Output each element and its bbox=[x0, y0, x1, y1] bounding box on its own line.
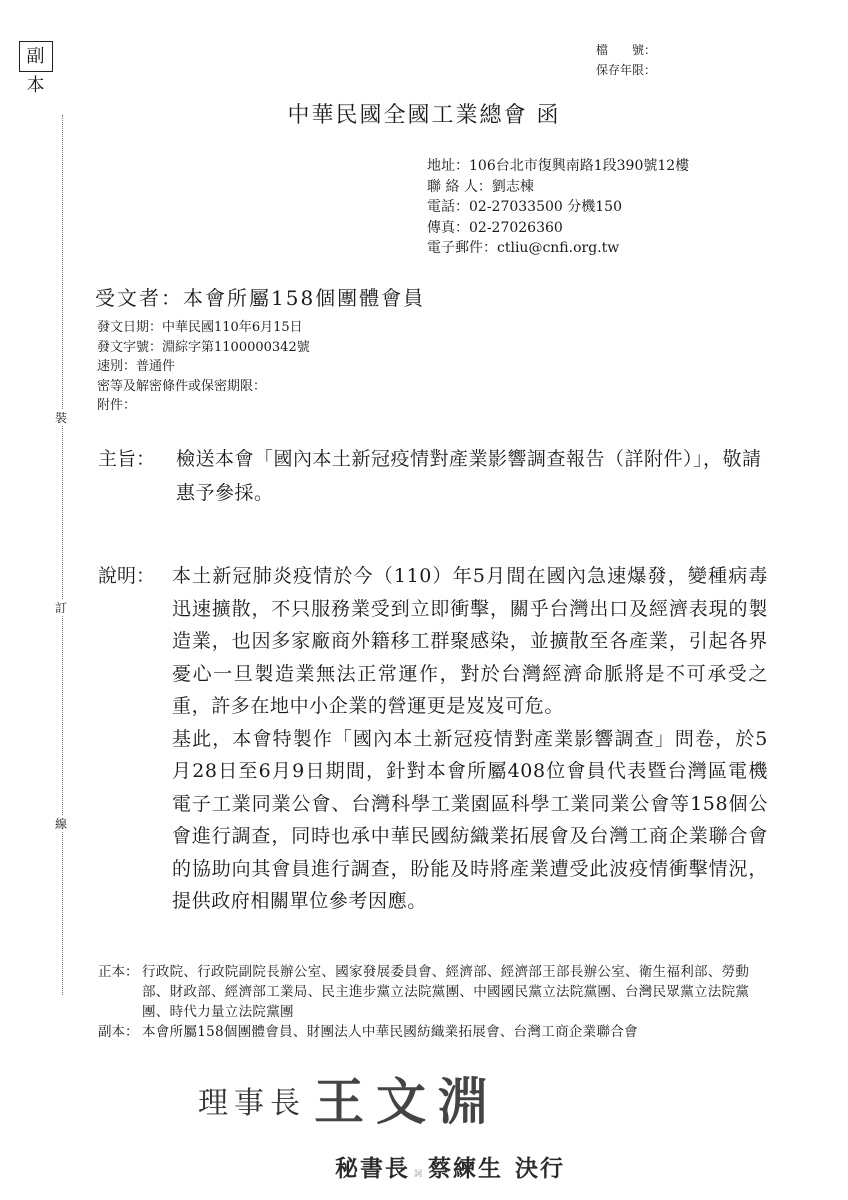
reference-number: 發文字號：淵綜字第1100000342號 bbox=[97, 338, 310, 358]
address: 地址：106台北市復興南路1段390號12樓 bbox=[427, 156, 689, 177]
chairman-name-seal: 王文淵 bbox=[314, 1072, 500, 1131]
secretary-title: 秘書長 bbox=[335, 1155, 410, 1182]
copy-recipients: 副本： 本會所屬158個團體會員、財團法人中華民國紡織業拓展會、台灣工商企業聯合… bbox=[98, 1022, 768, 1042]
delivery-speed: 速別：普通件 bbox=[97, 357, 310, 377]
explanation-paragraph-2: 基此，本會特製作「國內本土新冠疫情對產業影響調查」問卷，於5月28日至6月9日期… bbox=[172, 723, 768, 918]
binding-line bbox=[62, 115, 63, 995]
binding-mark-zhuang: 裝 bbox=[55, 410, 67, 426]
file-number-label: 檔 號： bbox=[596, 40, 656, 60]
document-meta: 發文日期：中華民國110年6月15日 發文字號：淵綜字第1100000342號 … bbox=[97, 318, 310, 416]
original-label: 正本： bbox=[98, 962, 139, 982]
subject-text: 檢送本會「國內本土新冠疫情對產業影響調查報告（詳附件）」，敬請惠予參採。 bbox=[176, 442, 768, 510]
explanation-paragraph-1: 本土新冠肺炎疫情於今（110）年5月間在國內急速爆發，變種病毒迅速擴散，不只服務… bbox=[172, 560, 768, 723]
classification: 密等及解密條件或保密期限： bbox=[97, 377, 310, 397]
chairman-signature: 理事長王文淵 bbox=[198, 1062, 500, 1134]
binding-mark-ding: 訂 bbox=[55, 600, 67, 616]
phone: 電話：02-27033500 分機150 bbox=[427, 197, 689, 218]
small-stamp: 詞 bbox=[414, 1169, 424, 1178]
decision-mark: 決行 bbox=[515, 1155, 565, 1182]
secretary-name: 蔡練生 bbox=[428, 1155, 503, 1182]
fax: 傳真：02-27026360 bbox=[427, 218, 689, 239]
document-title: 中華民國全國工業總會 函 bbox=[0, 98, 848, 129]
recipient: 受文者：本會所屬158個團體會員 bbox=[95, 282, 425, 311]
chairman-title: 理事長 bbox=[198, 1086, 306, 1121]
secretary-signature: 秘書長詞蔡練生決行 bbox=[335, 1150, 565, 1183]
original-recipients-text: 行政院、行政院副院長辦公室、國家發展委員會、經濟部、經濟部王部長辦公室、衛生福利… bbox=[142, 962, 768, 1022]
contact-person: 聯 絡 人：劉志棟 bbox=[427, 177, 689, 198]
subject-section: 主旨： 檢送本會「國內本土新冠疫情對產業影響調查報告（詳附件）」，敬請惠予參採。 bbox=[98, 442, 768, 510]
distribution-section: 正本： 行政院、行政院副院長辦公室、國家發展委員會、經濟部、經濟部王部長辦公室、… bbox=[98, 962, 768, 1042]
issue-date: 發文日期：中華民國110年6月15日 bbox=[97, 318, 310, 338]
original-recipients: 正本： 行政院、行政院副院長辦公室、國家發展委員會、經濟部、經濟部王部長辦公室、… bbox=[98, 962, 768, 1022]
retention-period-label: 保存年限： bbox=[596, 60, 656, 80]
copy-recipients-text: 本會所屬158個團體會員、財團法人中華民國紡織業拓展會、台灣工商企業聯合會 bbox=[142, 1022, 768, 1042]
copy-mark-box: 副本 bbox=[19, 41, 53, 72]
email: 電子郵件：ctliu@cnfi.org.tw bbox=[427, 238, 689, 259]
subject-label: 主旨： bbox=[98, 442, 155, 476]
explanation-section: 說明： 本土新冠肺炎疫情於今（110）年5月間在國內急速爆發，變種病毒迅速擴散，… bbox=[98, 560, 768, 918]
explanation-label: 說明： bbox=[98, 560, 155, 593]
attachments: 附件： bbox=[97, 396, 310, 416]
copy-label: 副本： bbox=[98, 1022, 139, 1042]
contact-block: 地址：106台北市復興南路1段390號12樓 聯 絡 人：劉志棟 電話：02-2… bbox=[427, 156, 689, 259]
file-info: 檔 號： 保存年限： bbox=[596, 40, 656, 80]
binding-mark-xian: 線 bbox=[55, 816, 67, 832]
